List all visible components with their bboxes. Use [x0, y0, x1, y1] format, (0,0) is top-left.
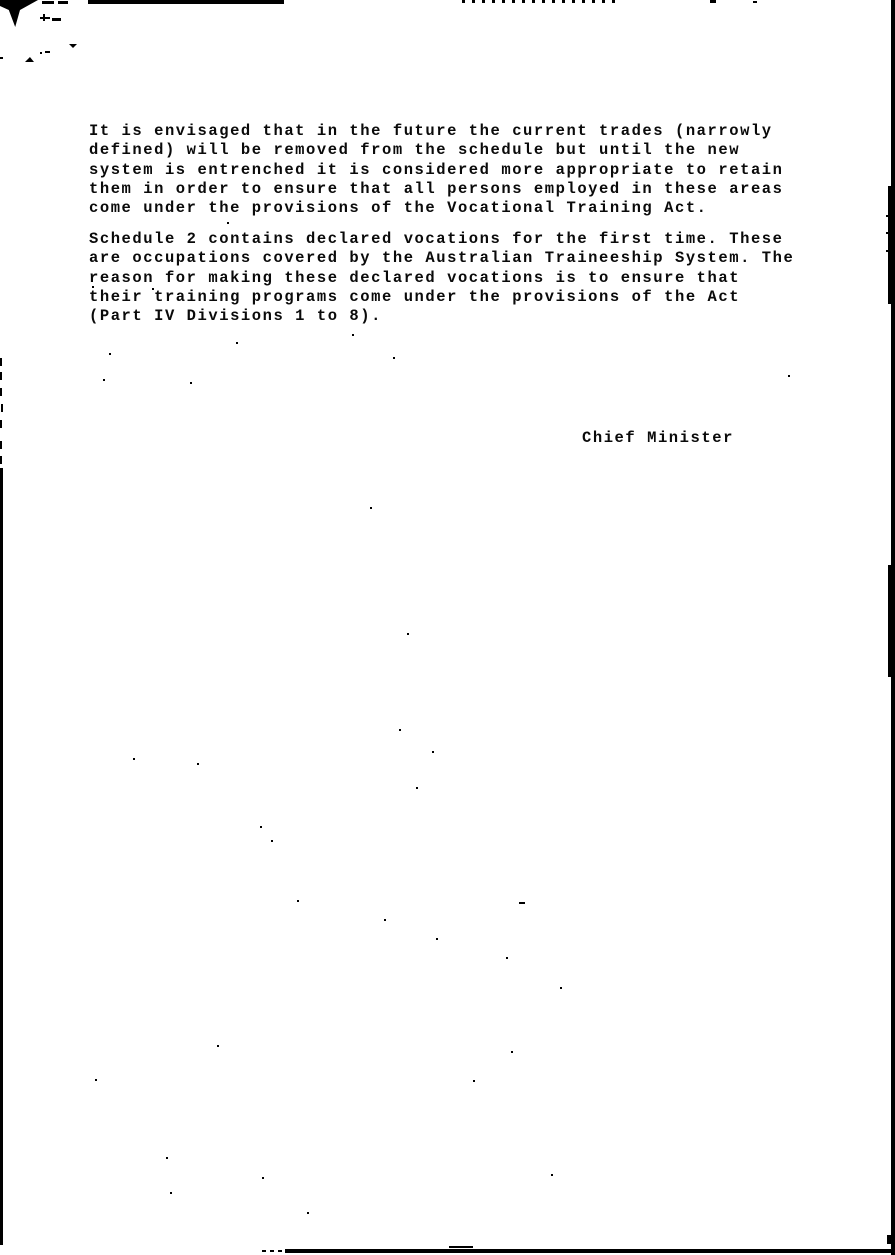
- scan-left-edge-line: [0, 468, 3, 1245]
- scan-speck-dash: [519, 902, 525, 904]
- scan-noise-specks: [0, 0, 2, 2]
- scan-right-edge-tick: [887, 1235, 891, 1244]
- scan-dot-speck: [0, 57, 3, 59]
- scan-plus-mark: [40, 17, 50, 19]
- scan-top-edge-dot: [753, 1, 757, 3]
- scan-top-edge-line: [88, 0, 284, 4]
- scan-dot-speck: [40, 52, 42, 54]
- scan-bottom-edge-tick: [449, 1246, 473, 1248]
- scan-top-edge-dot: [710, 0, 716, 3]
- scan-top-edge-dash: [42, 1, 54, 4]
- scan-right-edge-blob: [888, 565, 895, 677]
- scan-arrow-speck: [25, 57, 34, 62]
- scan-dot-speck: [45, 51, 50, 53]
- scan-bottom-edge-line: [285, 1249, 895, 1253]
- scan-right-edge-blob: [888, 186, 895, 304]
- scan-corner-wedge-artifact: [0, 0, 40, 27]
- paragraph-trades-schedule: It is envisaged that in the future the c…: [89, 122, 784, 218]
- scanned-document-page: It is envisaged that in the future the c…: [0, 0, 895, 1255]
- scan-top-edge-dotted-line: [462, 0, 622, 3]
- scan-dash-mark: [52, 18, 61, 21]
- scan-top-edge-dash: [58, 1, 68, 4]
- paragraph-schedule-2-declared-vocations: Schedule 2 contains declared vocations f…: [89, 230, 794, 326]
- scan-plus-mark: [43, 14, 45, 21]
- scan-arrow-speck: [69, 44, 77, 48]
- signature-title: Chief Minister: [582, 429, 734, 448]
- scan-bottom-edge-dotted-line: [262, 1250, 286, 1252]
